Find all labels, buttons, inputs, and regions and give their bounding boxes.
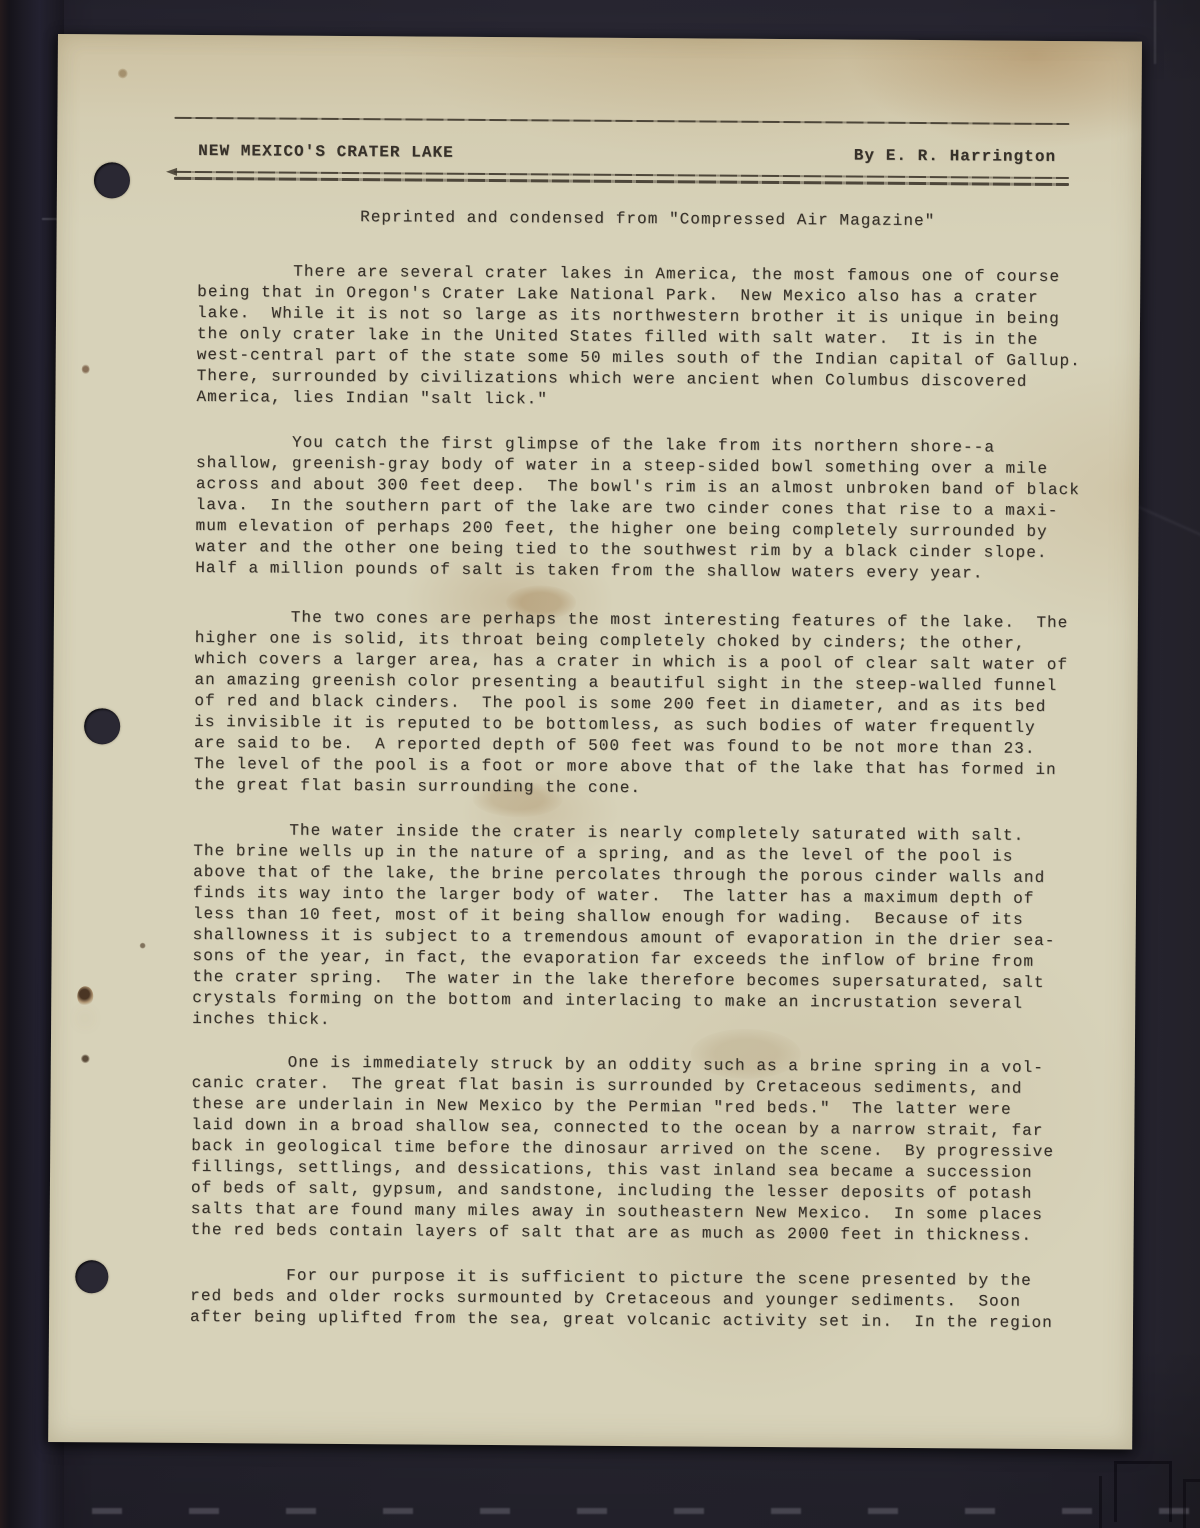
film-edge-marks	[92, 1508, 1192, 1514]
film-scratch	[1154, 0, 1156, 64]
paper-speck	[140, 943, 146, 949]
paragraph-3: The two cones are perhaps the most inter…	[194, 607, 1095, 802]
paper-speck	[118, 68, 128, 78]
document-byline: By E. R. Harrington	[854, 146, 1057, 168]
punch-hole-bottom	[75, 1260, 108, 1293]
header-rule-double-lower	[174, 177, 1069, 186]
document-subtitle: Reprinted and condensed from "Compressed…	[198, 206, 1098, 233]
paragraph-4: The water inside the crater is nearly co…	[192, 820, 1093, 1036]
scan-background: NEW MEXICO'S CRATER LAKE By E. R. Harrin…	[0, 0, 1200, 1528]
paragraph-5: One is immediately struck by an oddity s…	[191, 1052, 1092, 1247]
paragraph-1: There are several crater lakes in Americ…	[196, 261, 1097, 414]
typed-content: NEW MEXICO'S CRATER LAKE By E. R. Harrin…	[190, 117, 1098, 1334]
film-scratch	[1133, 504, 1200, 538]
document-page: NEW MEXICO'S CRATER LAKE By E. R. Harrin…	[48, 34, 1142, 1450]
punch-hole-middle	[84, 708, 120, 744]
paper-speck	[82, 364, 90, 374]
scanner-artifact	[1099, 1476, 1102, 1528]
document-header: NEW MEXICO'S CRATER LAKE By E. R. Harrin…	[198, 141, 1098, 168]
paragraph-2: You catch the first glimpse of the lake …	[195, 432, 1096, 585]
ink-stain	[77, 986, 93, 1006]
paragraph-6: For our purpose it is sufficient to pict…	[190, 1265, 1090, 1334]
document-title: NEW MEXICO'S CRATER LAKE	[198, 141, 454, 164]
scanner-artifact	[1114, 1461, 1172, 1522]
scanner-artifact	[1183, 1479, 1200, 1528]
film-scratch	[42, 218, 58, 220]
punch-hole-top	[94, 162, 130, 198]
paper-speck	[81, 1054, 90, 1063]
header-rule-top	[174, 117, 1069, 125]
